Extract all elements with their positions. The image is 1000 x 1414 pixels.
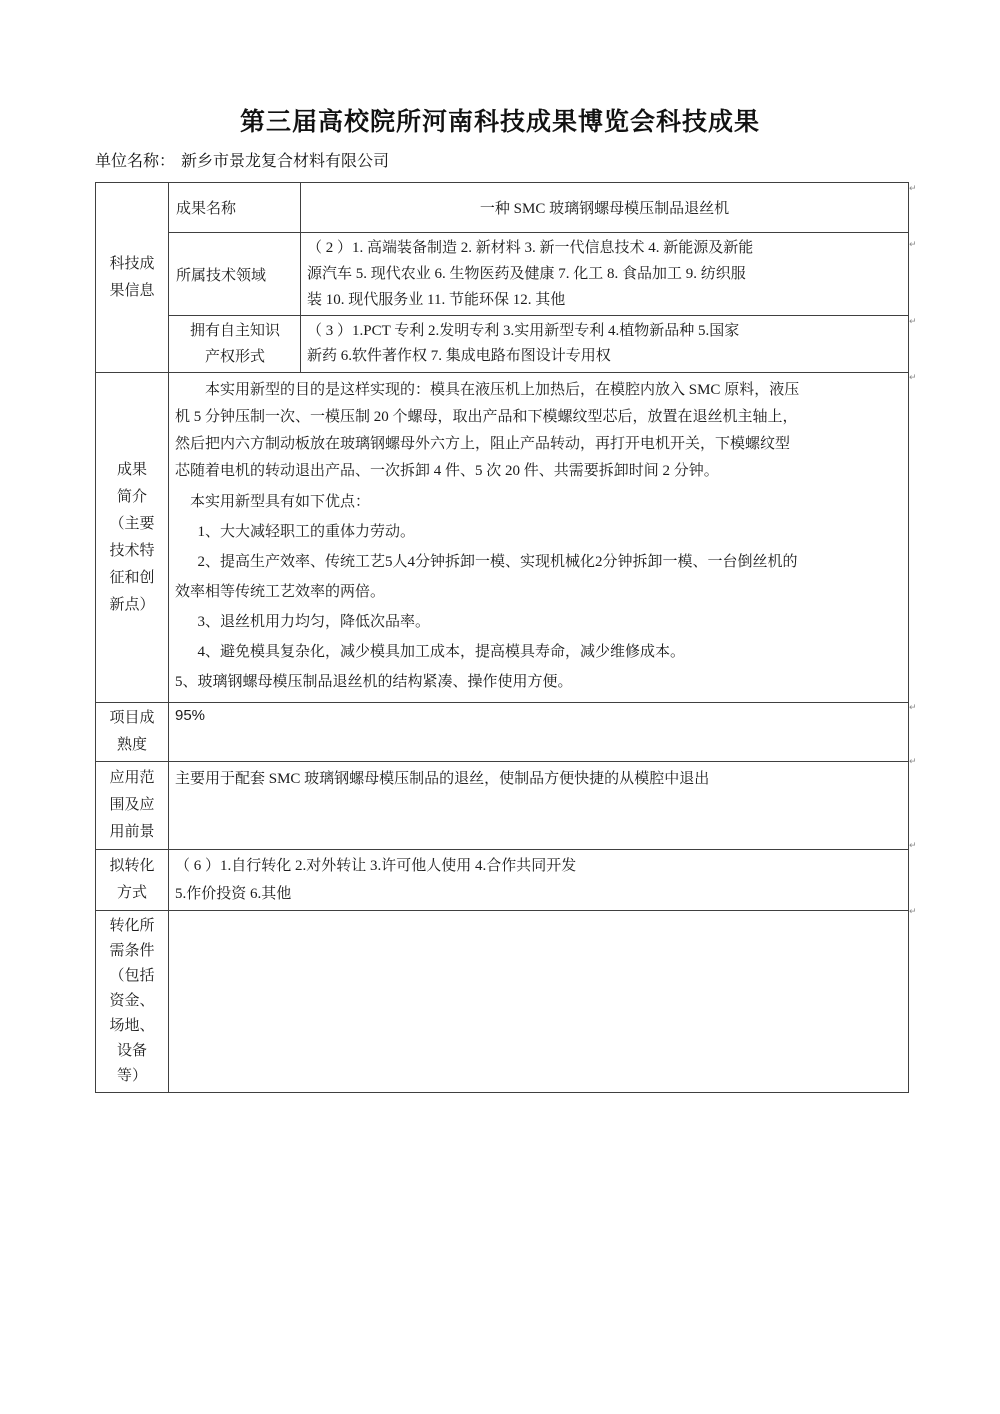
application-label: 应用范 围及应 用前景 xyxy=(96,762,169,850)
info-group-label: 科技成 果信息 xyxy=(96,183,169,373)
transform-mode-value: （ 6 ）1.自行转化 2.对外转让 3.许可他人使用 4.合作共同开发 5.作… xyxy=(169,850,909,911)
table-row: 所属技术领域 （ 2 ）1. 高端装备制造 2. 新材料 3. 新一代信息技术 … xyxy=(96,233,909,316)
org-name: 新乡市景龙复合材料有限公司 xyxy=(181,153,389,170)
intro-paragraph: 本实用新型的目的是这样实现的：模具在液压机上加热后，在模腔内放入 SMC 原料，… xyxy=(175,377,902,485)
page-title: 第三届高校院所河南科技成果博览会科技成果 xyxy=(0,102,1000,138)
achievement-name-value: 一种 SMC 玻璃钢螺母模压制品退丝机 xyxy=(301,183,909,233)
maturity-value: 95% xyxy=(169,703,909,762)
table-row: 转化所 需条件 （包括 资金、 场地、 设备 等） xyxy=(96,911,909,1093)
ip-form-value: （ 3 ）1.PCT 专利 2.发明专利 3.实用新型专利 4.植物新品种 5.… xyxy=(301,316,909,373)
conditions-label: 转化所 需条件 （包括 资金、 场地、 设备 等） xyxy=(96,911,169,1093)
intro-paragraph: 2、提高生产效率、传统工艺5人4分钟拆卸一模、实现机械化2分钟拆卸一模、一台倒丝… xyxy=(175,547,902,607)
intro-value: 本实用新型的目的是这样实现的：模具在液压机上加热后，在模腔内放入 SMC 原料，… xyxy=(169,373,909,703)
table-row: 应用范 围及应 用前景 主要用于配套 SMC 玻璃钢螺母模压制品的退丝，使制品方… xyxy=(96,762,909,850)
intro-paragraph: 5、玻璃钢螺母模压制品退丝机的结构紧凑、操作使用方便。 xyxy=(175,667,902,697)
paragraph-mark-icon: ↵ xyxy=(909,241,917,250)
intro-label: 成果 简介 （主要 技术特 征和创 新点） xyxy=(96,373,169,703)
org-line: 单位名称：新乡市景龙复合材料有限公司 xyxy=(95,148,389,171)
paragraph-mark-icon: ↵ xyxy=(909,318,917,327)
achievement-form-table: 科技成 果信息 成果名称 一种 SMC 玻璃钢螺母模压制品退丝机 所属技术领域 … xyxy=(95,182,909,1093)
achievement-name-label: 成果名称 xyxy=(169,183,301,233)
intro-paragraph: 3、退丝机用力均匀，降低次品率。 xyxy=(175,607,902,637)
org-label: 单位名称： xyxy=(95,153,175,170)
conditions-value xyxy=(169,911,909,1093)
ip-form-label: 拥有自主知识 产权形式 xyxy=(169,316,301,373)
table-row: 拥有自主知识 产权形式 （ 3 ）1.PCT 专利 2.发明专利 3.实用新型专… xyxy=(96,316,909,373)
table-row: 科技成 果信息 成果名称 一种 SMC 玻璃钢螺母模压制品退丝机 xyxy=(96,183,909,233)
paragraph-mark-icon: ↵ xyxy=(909,374,917,383)
paragraph-mark-icon: ↵ xyxy=(909,704,917,713)
paragraph-mark-icon: ↵ xyxy=(909,842,917,851)
table-row: 成果 简介 （主要 技术特 征和创 新点） 本实用新型的目的是这样实现的：模具在… xyxy=(96,373,909,703)
intro-paragraph: 本实用新型具有如下优点： xyxy=(175,487,902,517)
tech-field-value: （ 2 ）1. 高端装备制造 2. 新材料 3. 新一代信息技术 4. 新能源及… xyxy=(301,233,909,316)
paragraph-mark-icon: ↵ xyxy=(909,758,917,767)
maturity-label: 项目成 熟度 xyxy=(96,703,169,762)
paragraph-mark-icon: ↵ xyxy=(909,908,917,917)
table-row: 拟转化 方式 （ 6 ）1.自行转化 2.对外转让 3.许可他人使用 4.合作共… xyxy=(96,850,909,911)
tech-field-label: 所属技术领域 xyxy=(169,233,301,316)
table-row: 项目成 熟度 95% xyxy=(96,703,909,762)
application-value: 主要用于配套 SMC 玻璃钢螺母模压制品的退丝，使制品方便快捷的从模腔中退出 xyxy=(169,762,909,850)
paragraph-mark-icon: ↵ xyxy=(909,185,917,194)
document-page: 第三届高校院所河南科技成果博览会科技成果 单位名称：新乡市景龙复合材料有限公司 … xyxy=(0,0,1000,1414)
intro-paragraph: 4、避免模具复杂化，减少模具加工成本，提高模具寿命，减少维修成本。 xyxy=(175,637,902,667)
transform-mode-label: 拟转化 方式 xyxy=(96,850,169,911)
intro-paragraph: 1、大大减轻职工的重体力劳动。 xyxy=(175,517,902,547)
